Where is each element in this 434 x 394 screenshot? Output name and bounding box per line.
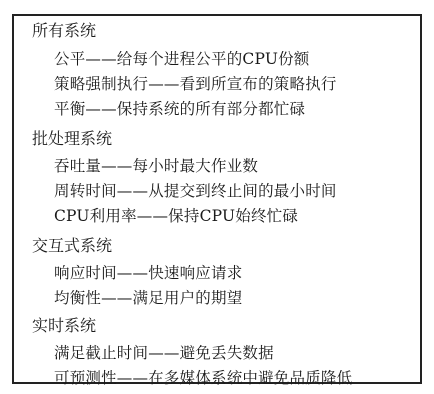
list-item: 均衡性——满足用户的期望 xyxy=(54,288,242,308)
section-title-batch-systems: 批处理系统 xyxy=(32,129,112,149)
list-item: 策略强制执行——看到所宣布的策略执行 xyxy=(54,74,337,94)
list-item: 吞吐量——每小时最大作业数 xyxy=(54,156,258,176)
list-item: 平衡——保持系统的所有部分都忙碌 xyxy=(54,99,305,119)
section-title-realtime-systems: 实时系统 xyxy=(32,316,96,336)
list-item: 公平——给每个进程公平的CPU份额 xyxy=(54,49,309,69)
list-item: CPU利用率——保持CPU始终忙碌 xyxy=(54,206,298,226)
list-item: 周转时间——从提交到终止间的最小时间 xyxy=(54,181,337,201)
list-item: 满足截止时间——避免丢失数据 xyxy=(54,343,274,363)
section-title-interactive-systems: 交互式系统 xyxy=(32,236,112,256)
scheduling-goals-box: 所有系统 公平——给每个进程公平的CPU份额 策略强制执行——看到所宣布的策略执… xyxy=(12,14,422,384)
list-item: 可预测性——在多媒体系统中避免品质降低 xyxy=(54,368,352,388)
list-item: 响应时间——快速响应请求 xyxy=(54,263,242,283)
section-title-all-systems: 所有系统 xyxy=(32,21,96,41)
